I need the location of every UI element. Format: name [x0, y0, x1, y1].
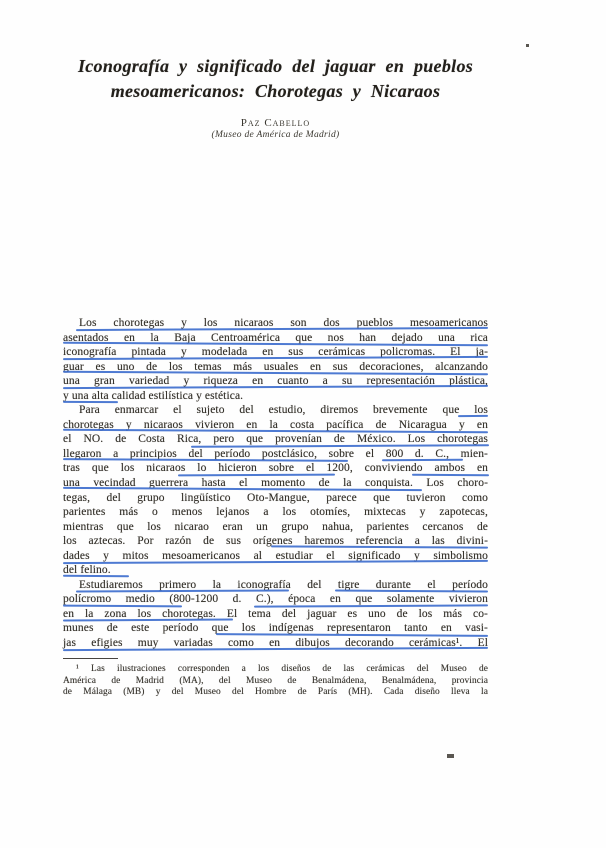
paper-title-line-1: Iconografía y significado del jaguar en … — [63, 54, 488, 79]
text-line: Estudiaremos primero la iconografía del … — [63, 578, 488, 593]
text-line: mientras que los nicarao eran un grupo n… — [63, 520, 488, 535]
text-line: y una alta calidad estilística y estétic… — [63, 389, 488, 404]
text-line: una gran variedad y riqueza en cuanto a … — [63, 374, 488, 389]
text-line: del felino. — [63, 563, 488, 578]
author-affiliation: (Museo de América de Madrid) — [63, 130, 488, 140]
text-line: los aztecas. Por razón de sus orígenes h… — [63, 534, 488, 549]
footnote-line: ¹ Las ilustraciones corresponden a los d… — [63, 664, 488, 675]
paper-title-line-2: mesoamericanos: Chorotegas y Nicaraos — [63, 79, 488, 104]
text-line: munes de este período que los indígenas … — [63, 621, 488, 636]
ink-speck — [526, 44, 529, 47]
text-line: llegaron a principios del período postcl… — [63, 447, 488, 462]
text-line: el NO. de Costa Rica, pero que provenían… — [63, 432, 488, 447]
scanned-paper-page: Iconografía y significado del jaguar en … — [0, 0, 606, 848]
author-name: Paz Cabello — [63, 117, 488, 129]
text-line: iconografía pintada y modelada en sus ce… — [63, 345, 488, 360]
footnote: ¹ Las ilustraciones corresponden a los d… — [63, 664, 488, 698]
paragraph: Para enmarcar el sujeto del estudio, dir… — [63, 403, 488, 578]
footnote-line: de Málaga (MB) y del Museo del Hombre de… — [63, 687, 488, 698]
text-line: en la zona los chorotegas. El tema del j… — [63, 607, 488, 622]
body-text: Los chorotegas y los nicaraos son dos pu… — [63, 316, 488, 698]
text-line: asentados en la Baja Centroamérica que n… — [63, 331, 488, 346]
text-line: tegas, del grupo lingüístico Oto-Mangue,… — [63, 491, 488, 506]
text-line: polícromo medio (800-1200 d. C.), época … — [63, 592, 488, 607]
text-line: una vecindad guerrera hasta el momento d… — [63, 476, 488, 491]
footnote-line: América de Madrid (MA), del Museo de Ben… — [63, 676, 488, 687]
footnote-separator-rule — [63, 658, 118, 660]
text-line: chorotegas y nicaraos vivieron en la cos… — [63, 418, 488, 433]
pen-underline-annotation — [63, 647, 488, 652]
title-block: Iconografía y significado del jaguar en … — [63, 54, 488, 140]
text-line: Para enmarcar el sujeto del estudio, dir… — [63, 403, 488, 418]
text-line: parientes más o menos lejanos a los otom… — [63, 505, 488, 520]
text-line: guar es uno de los temas más usuales en … — [63, 360, 488, 375]
text-line: dades y mitos mesoamericanos al estudiar… — [63, 549, 488, 564]
text-line: jas efigies muy variadas como en dibujos… — [63, 636, 488, 651]
text-line: Los chorotegas y los nicaraos son dos pu… — [63, 316, 488, 331]
paragraph: Estudiaremos primero la iconografía del … — [63, 578, 488, 651]
ink-speck — [447, 754, 454, 758]
paragraph: Los chorotegas y los nicaraos son dos pu… — [63, 316, 488, 403]
text-line: tras que los nicaraos lo hicieron sobre … — [63, 461, 488, 476]
